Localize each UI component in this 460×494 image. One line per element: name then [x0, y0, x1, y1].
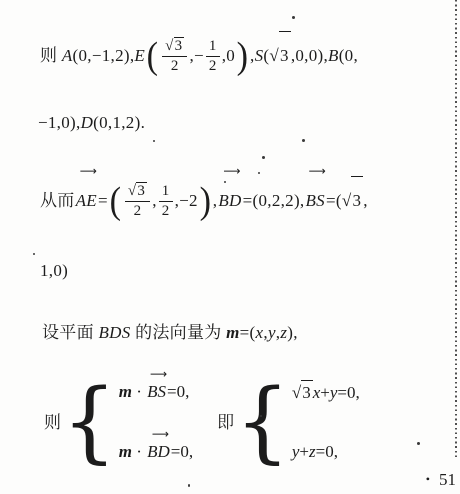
math-token: 2	[209, 57, 217, 75]
page-number-value: 51	[439, 470, 456, 490]
math-token: =	[98, 191, 108, 210]
math-token: m	[119, 382, 132, 401]
math-line-3: 从而⟶AE=(√32,12,−2),⟶BD=(0,2,2),⟶BS=(√3,	[40, 176, 368, 225]
math-line-4: 1,0)	[40, 260, 68, 282]
math-token: B	[328, 46, 339, 65]
system-then-label: 则	[44, 414, 61, 431]
page-number: • 51	[426, 470, 456, 490]
noise-dot	[260, 415, 262, 417]
math-token: =(0,2,2),	[243, 191, 305, 210]
math-token: 2	[134, 203, 142, 219]
math-token: √3	[292, 380, 313, 405]
math-token: +	[320, 383, 330, 402]
math-token: ,	[363, 191, 368, 210]
math-token: √32	[125, 182, 150, 220]
math-token: BS	[147, 382, 166, 401]
math-token: z	[309, 442, 316, 461]
math-line-1: 则 A(0,−1,2),E(√32,−12,0),S(√3,0,0),B(0,	[40, 31, 358, 80]
math-token: ⟶BS	[147, 380, 166, 404]
math-token: m	[226, 323, 240, 342]
noise-dot	[258, 172, 260, 174]
noise-dot	[262, 156, 265, 159]
math-line-2: −1,0),D(0,1,2).	[38, 112, 145, 134]
math-token: 3	[136, 182, 147, 200]
math-token: =(	[326, 191, 342, 210]
noise-dot	[302, 139, 305, 142]
math-token: 3	[175, 38, 183, 54]
math-token: ⟶BD	[218, 177, 241, 225]
math-token: ⟶BS	[306, 177, 325, 225]
math-token: 3	[279, 31, 291, 80]
math-token: ,0	[222, 46, 235, 65]
math-token: =0,	[167, 382, 189, 401]
math-token: 1	[162, 183, 170, 199]
math-token: √	[342, 177, 352, 225]
math-token: E	[134, 46, 145, 65]
math-token: 3	[137, 183, 145, 199]
math-token: √3	[165, 37, 184, 55]
math-token: )	[199, 182, 211, 220]
math-token: BDS	[98, 323, 130, 342]
noise-dot	[188, 484, 190, 487]
math-token: √3	[162, 37, 187, 57]
math-token: 2	[162, 203, 170, 219]
vector-arrow-icon: ⟶	[306, 165, 328, 177]
math-token: (	[110, 182, 122, 220]
vector-arrow-icon: ⟶	[218, 165, 244, 177]
system-left-column: m · ⟶BS=0, m · ⟶BD=0,	[119, 378, 193, 466]
math-token: √	[292, 381, 301, 405]
noise-dot	[417, 442, 420, 445]
math-token: )	[237, 37, 249, 75]
math-token: 3	[302, 383, 311, 402]
math-token: 1	[206, 38, 220, 57]
math-token: ,	[213, 191, 218, 210]
math-token: √	[128, 183, 137, 200]
math-token: ·	[132, 382, 146, 401]
math-token: 的法向量为	[131, 323, 227, 342]
math-token: AE	[76, 191, 97, 210]
page-number-bullet: •	[426, 472, 430, 487]
math-token: +	[299, 442, 309, 461]
math-token: (0,1,2).	[93, 113, 145, 132]
noise-dot	[153, 140, 155, 142]
math-token: 3	[174, 37, 185, 55]
vector-arrow-icon: ⟶	[147, 428, 173, 440]
math-token: BD	[218, 191, 241, 210]
math-token: =(	[240, 323, 256, 342]
page-edge-dotted-border	[455, 0, 457, 458]
math-token: ,	[152, 191, 157, 210]
math-token: =0,	[316, 442, 338, 461]
math-token: ⟶AE	[76, 177, 97, 225]
math-token: √3	[125, 182, 150, 202]
math-token: BS	[306, 191, 325, 210]
noise-dot	[292, 16, 295, 19]
equation-system: 则 { m · ⟶BS=0, m · ⟶BD=0, 即 { √3x+y=0, y…	[44, 378, 360, 466]
math-token: 1	[209, 38, 217, 54]
vector-arrow-icon: ⟶	[147, 368, 169, 380]
math-token: √32	[162, 37, 187, 75]
math-token: 12	[206, 38, 220, 75]
system-right-column: √3x+y=0, y+z=0,	[292, 378, 360, 466]
math-token: (0,−1,2),	[73, 46, 135, 65]
math-token: √3	[342, 176, 363, 225]
system-ji-label: 即	[217, 414, 234, 431]
math-token: 1,0)	[40, 261, 68, 280]
math-token: 1	[159, 183, 173, 202]
scanned-math-page: 则 A(0,−1,2),E(√32,−12,0),S(√3,0,0),B(0, …	[0, 0, 460, 494]
math-line-5: 设平面 BDS 的法向量为 m=(x,y,z),	[42, 322, 298, 344]
equation-sqrt3x-plus-y: √3x+y=0,	[292, 380, 360, 405]
math-token: √3	[269, 31, 290, 80]
math-token: (	[147, 37, 159, 75]
math-token: 2	[171, 58, 179, 74]
math-token: y	[268, 323, 276, 342]
math-token: 3	[352, 191, 361, 210]
noise-dot	[224, 181, 226, 183]
math-token: (0,	[339, 46, 358, 65]
left-brace: {	[62, 378, 117, 466]
math-token: √3	[128, 182, 147, 200]
math-token: −1,0),	[38, 113, 81, 132]
math-token: 2	[209, 58, 217, 74]
math-token: 3	[301, 380, 313, 405]
math-token: 3	[351, 176, 363, 225]
equation-y-plus-z: y+z=0,	[292, 440, 360, 464]
math-token: A	[62, 46, 73, 65]
math-token: 3	[280, 46, 289, 65]
equation-m-dot-bs: m · ⟶BS=0,	[119, 380, 193, 404]
math-token: √	[269, 32, 279, 80]
right-brace: {	[235, 378, 290, 466]
math-token: 2	[171, 57, 179, 75]
math-token: 2	[134, 202, 142, 220]
math-token: ,−2	[175, 191, 198, 210]
math-token: 12	[159, 183, 173, 220]
math-token: =0,	[337, 383, 359, 402]
math-token: √	[165, 38, 174, 55]
noise-dot	[33, 253, 35, 255]
equation-m-dot-bd: m · ⟶BD=0,	[119, 440, 193, 464]
math-token: =0,	[171, 442, 193, 461]
math-token: 2	[162, 202, 170, 220]
math-token: 设平面	[42, 323, 98, 342]
math-token: ·	[132, 442, 146, 461]
math-token: ,0,0),	[291, 46, 328, 65]
math-token: ⟶BD	[147, 440, 170, 464]
math-token: BD	[147, 442, 170, 461]
math-token: D	[81, 113, 94, 132]
math-token: 则	[40, 46, 62, 65]
vector-arrow-icon: ⟶	[76, 165, 100, 177]
math-token: 从而	[40, 191, 75, 210]
math-token: ,−	[189, 46, 203, 65]
math-token: 则	[44, 413, 61, 432]
math-token: m	[119, 442, 132, 461]
math-token: 即	[217, 413, 234, 432]
math-token: ),	[287, 323, 298, 342]
